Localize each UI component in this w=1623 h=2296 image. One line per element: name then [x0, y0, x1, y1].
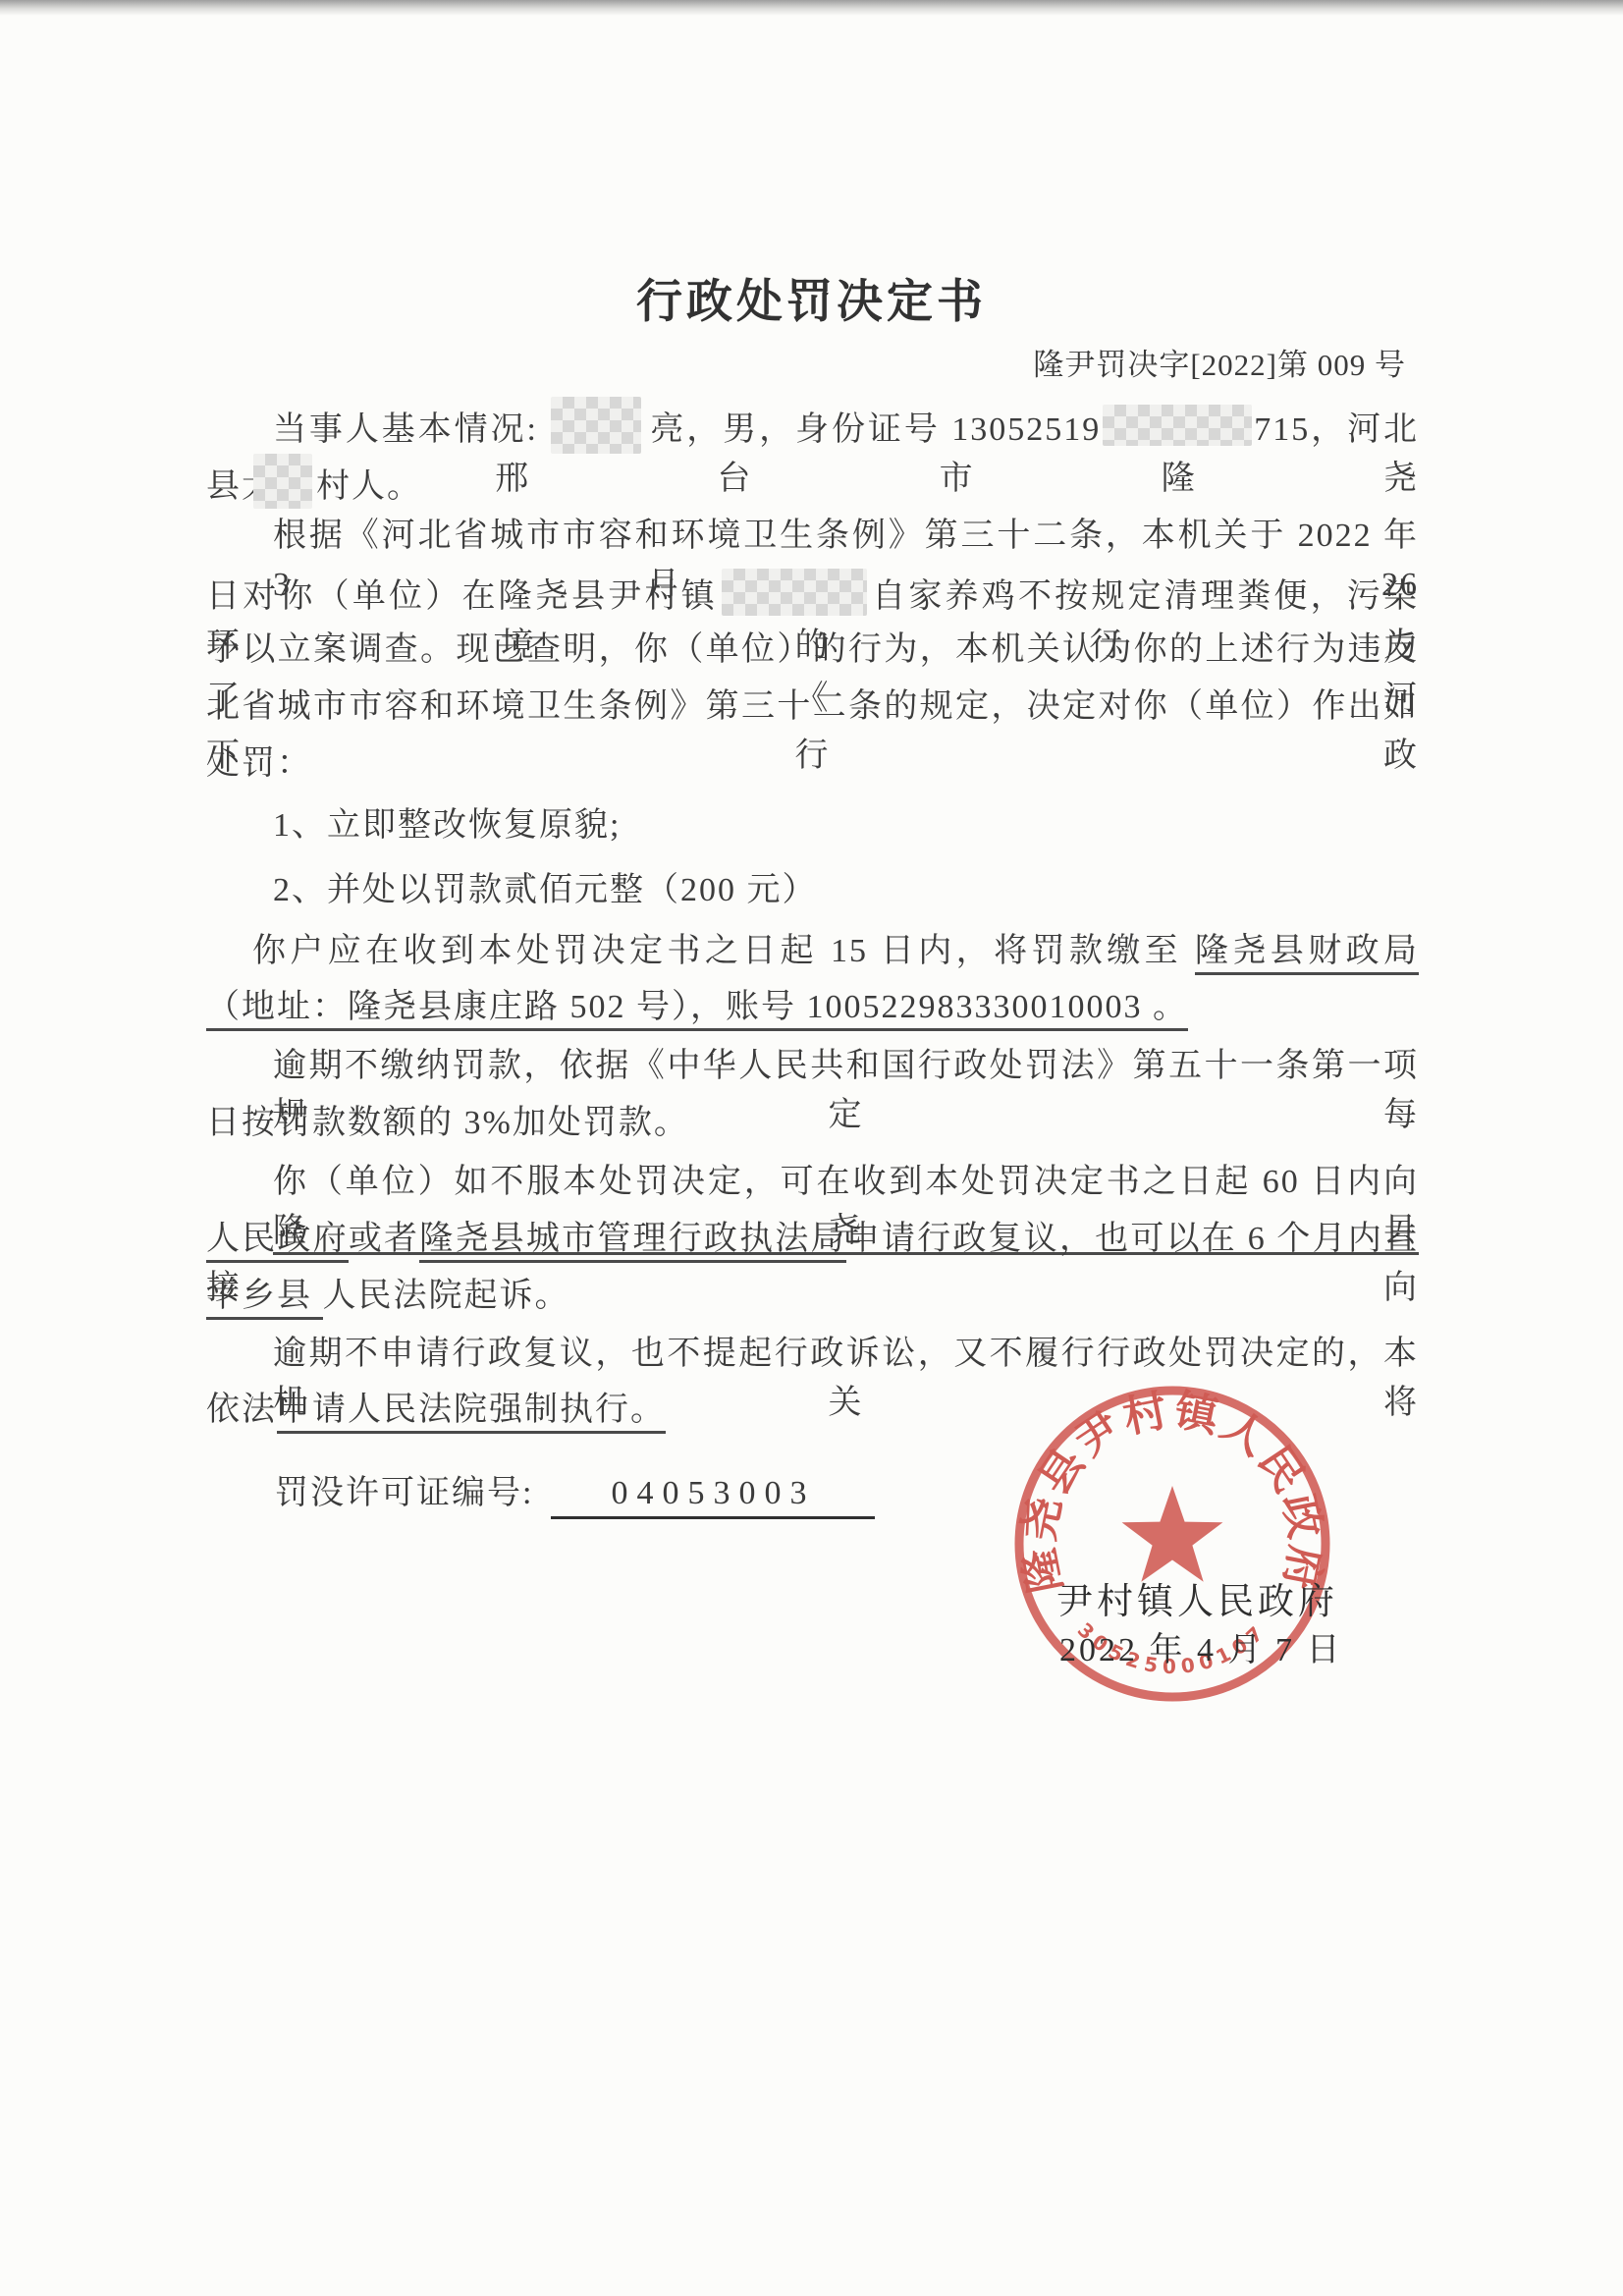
body-line: 你户应在收到本处罚决定书之日起 15 日内，将罚款缴至 隆尧县财政局 [252, 927, 1419, 976]
official-seal: 隆尧县尹村镇人民政府 1305250001070 [976, 1347, 1369, 1740]
seal-star-icon [1122, 1486, 1223, 1582]
document-number: 隆尹罚决字[2022]第 009 号 [1033, 340, 1406, 384]
enforcement-text: 依法 [206, 1392, 277, 1428]
underlined-pingxiang-county: 平乡县 [206, 1278, 323, 1320]
underlined-address-account: （地址：隆尧县康庄路 502 号），账号 100522983330010003 … [206, 989, 1188, 1031]
payment-text: 你户应在收到本处罚决定书之日起 15 日内，将罚款缴至 [252, 933, 1195, 969]
body-line: 处罚： [206, 739, 1419, 789]
appeal-text: 人民法院起诉。 [323, 1278, 570, 1314]
issuing-authority: 尹村镇人民政府 [1056, 1571, 1338, 1624]
issue-date: 2022 年 4 月 7 日 [1059, 1622, 1343, 1670]
underlined-enforcement-bureau: 隆尧县城市管理行政执法局 [419, 1221, 845, 1263]
underlined-finance-bureau: 隆尧县财政局 [1195, 933, 1419, 975]
party-info-text: 亮，男，身份证号 13052519 [649, 411, 1101, 448]
penalty-item-2: 2、并处以罚款贰佰元整（200 元） [273, 866, 1419, 915]
permit-number-value: 04053003 [551, 1475, 875, 1519]
document-title: 行政处罚决定书 [0, 265, 1623, 331]
penalty-item-1: 1、立即整改恢复原貌; [273, 801, 1419, 850]
village-text: 村人。 [316, 468, 422, 505]
redaction-mosaic-village [253, 454, 312, 509]
body-line: 日按罚款数额的 3%加处罚款。 [206, 1099, 1419, 1148]
redaction-mosaic-address [722, 569, 867, 616]
underlined-peoples-government: 人民政府 [206, 1221, 349, 1263]
redaction-mosaic-name [551, 397, 641, 454]
underlined-court-enforcement: 申请人民法院强制执行。 [277, 1392, 666, 1434]
permit-number-row: 罚没许可证编号:04053003 [275, 1465, 875, 1519]
appeal-text: 或者 [349, 1221, 419, 1257]
permit-label: 罚没许可证编号: [275, 1475, 533, 1511]
scanned-penalty-document: 行政处罚决定书 隆尹罚决字[2022]第 009 号 当事人基本情况: 亮，男，… [0, 0, 1623, 2296]
party-info-label: 当事人基本情况: [273, 411, 549, 448]
case-text: 日对你（单位）在隆尧县尹村镇 [206, 578, 718, 615]
body-line: 平乡县 人民法院起诉。 [206, 1272, 1419, 1321]
scan-edge-artifact [0, 0, 1623, 16]
body-line: （地址：隆尧县康庄路 502 号），账号 100522983330010003 … [206, 983, 1419, 1032]
appeal-text: 你（单位）如不服本处罚决定，可在收到本处罚决定书之日起 60 日内向 [273, 1164, 1419, 1200]
redaction-mosaic-id-number [1103, 405, 1252, 446]
body-line: 县大村人。 [206, 454, 1419, 512]
